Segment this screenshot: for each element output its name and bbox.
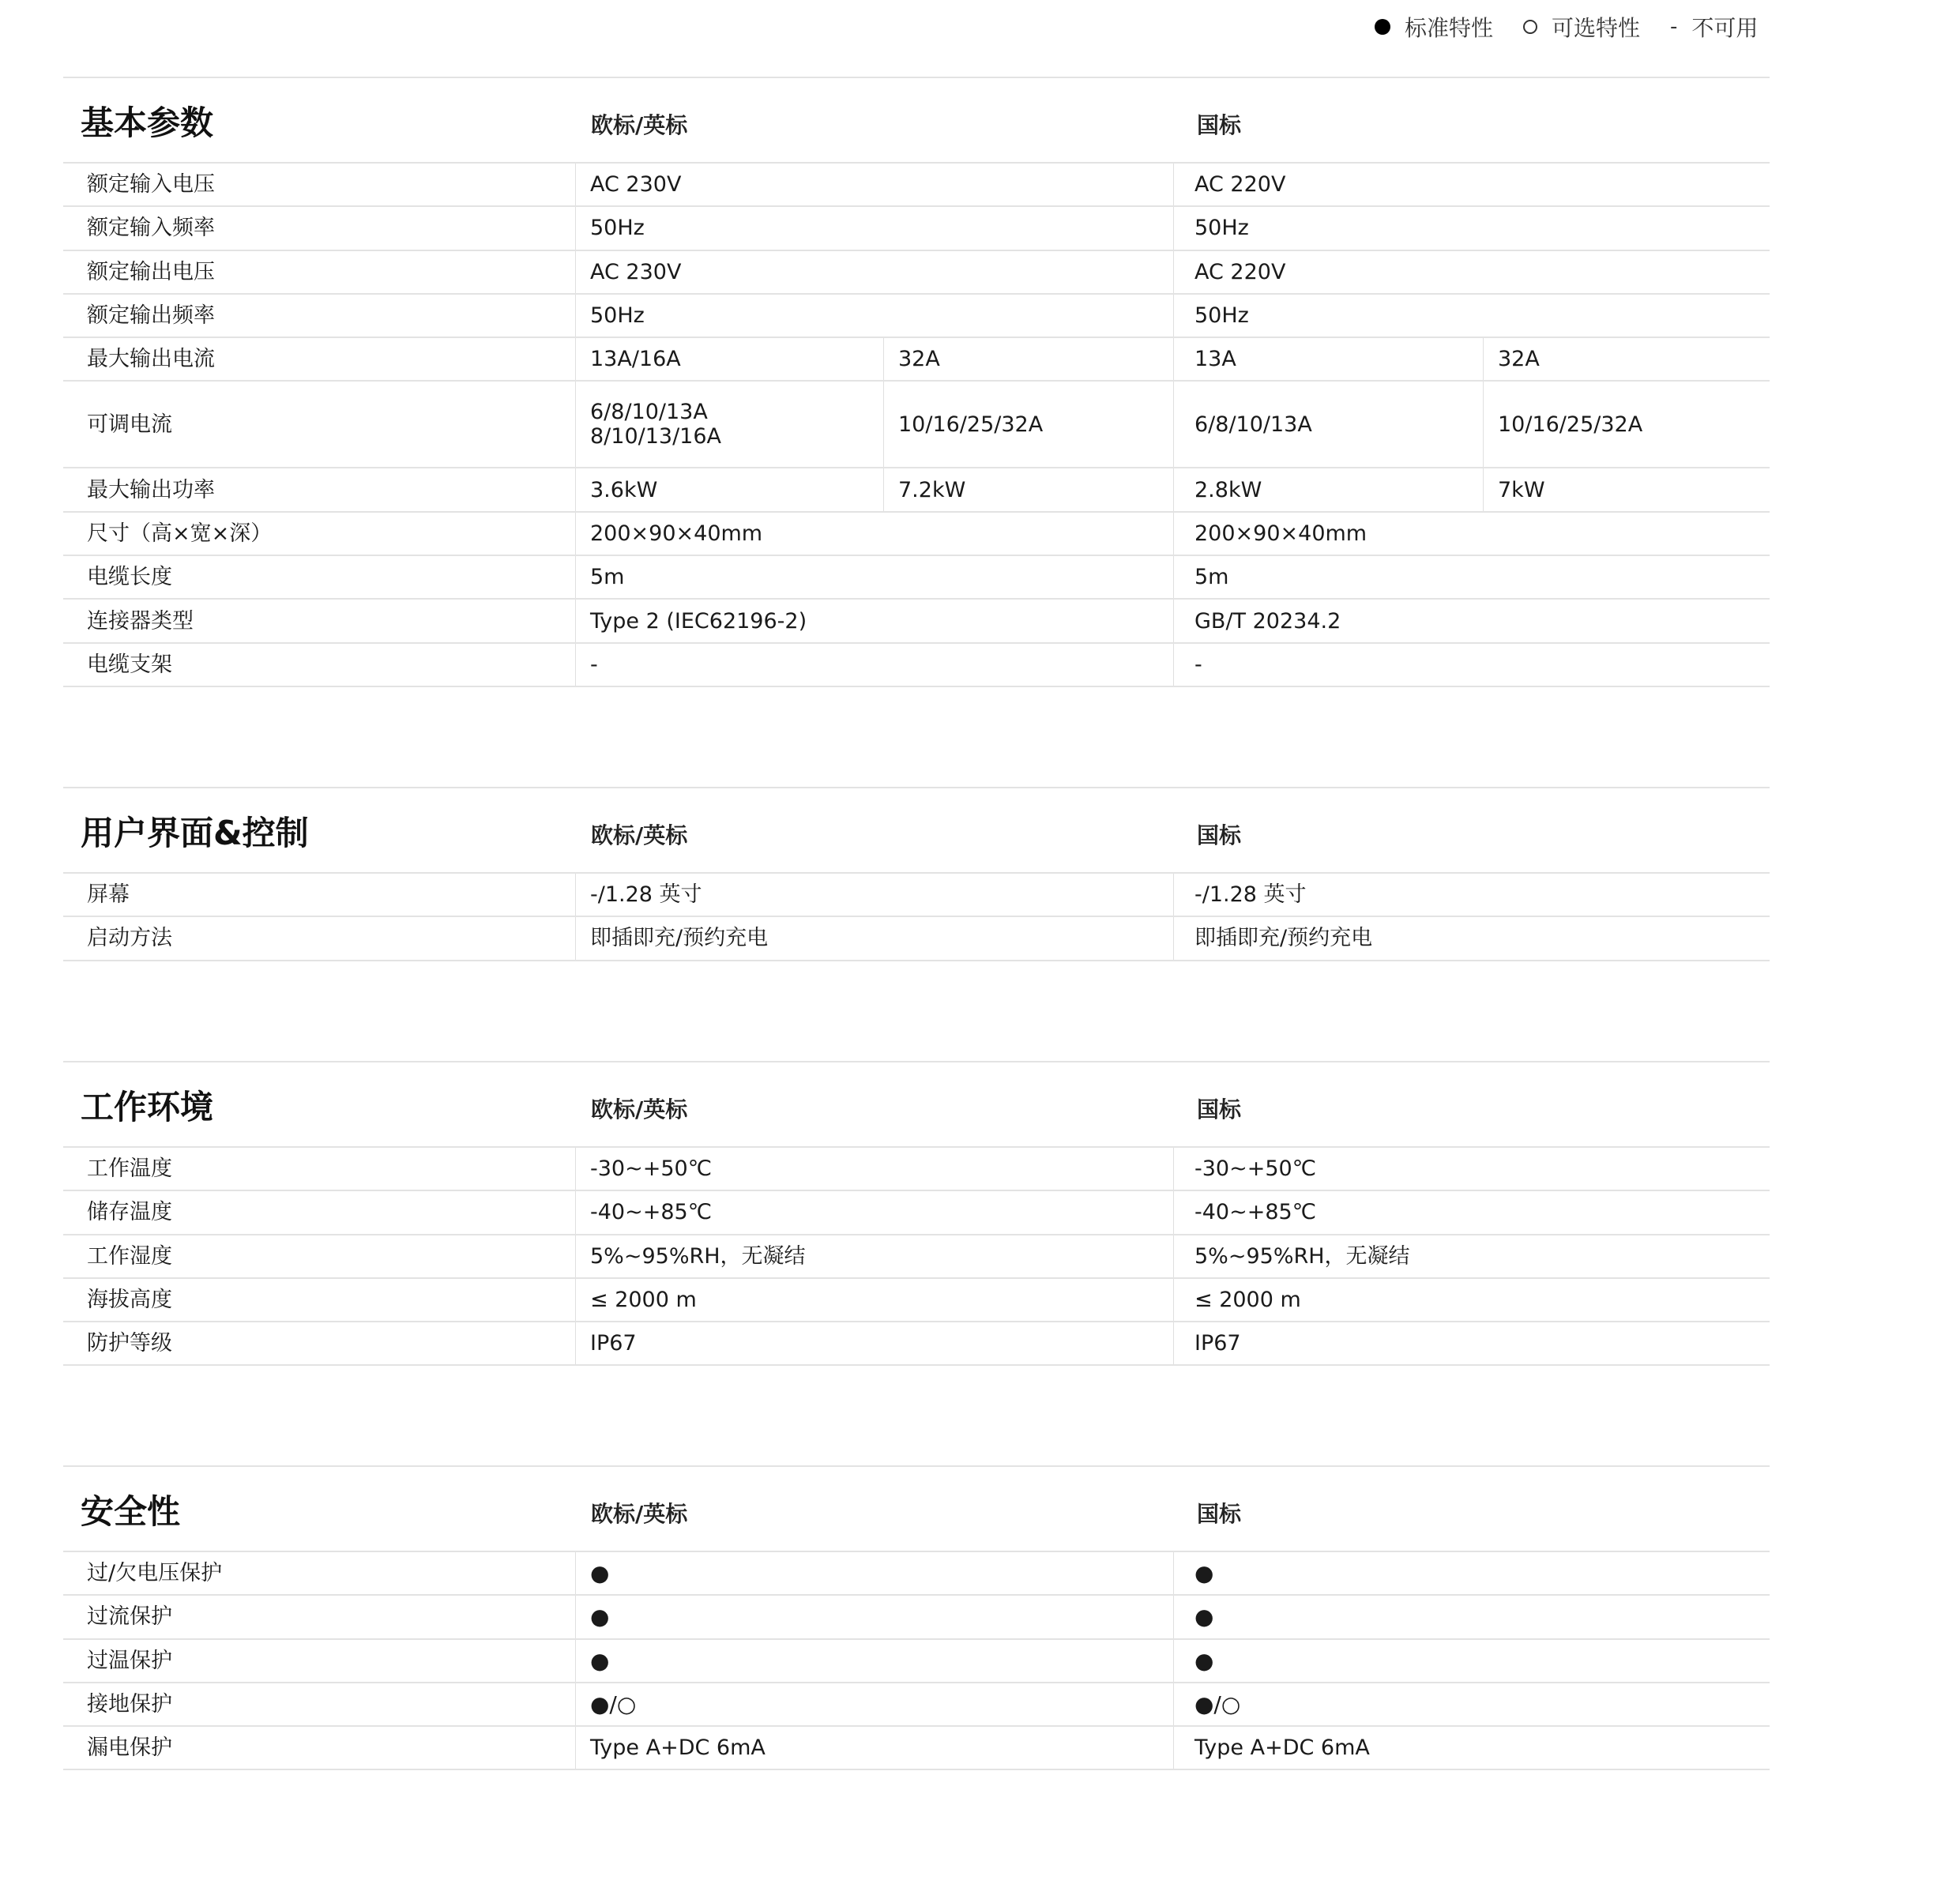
legend-label: 不可用 <box>1691 11 1758 43</box>
value-eu: -30~+50℃ <box>575 1148 1173 1190</box>
table-row: 过/欠电压保护 ● ● <box>63 1552 1770 1596</box>
value-eu-a: 3.6kW <box>575 468 883 510</box>
column-header-cn: 国标 <box>1197 818 1241 850</box>
column-header-eu: 欧标/英标 <box>591 108 687 140</box>
row-label: 尺寸（高×宽×深） <box>63 513 575 555</box>
value-cn: ≤ 2000 m <box>1173 1279 1770 1321</box>
section-header: 工作环境 欧标/英标 国标 <box>63 1061 1770 1148</box>
table-row: 工作湿度 5%~95%RH，无凝结 5%~95%RH，无凝结 <box>63 1235 1770 1279</box>
section-header: 安全性 欧标/英标 国标 <box>63 1465 1770 1552</box>
value-eu-b: 7.2kW <box>883 468 1173 510</box>
value-cn-a: 2.8kW <box>1173 468 1483 510</box>
value-cn: 50Hz <box>1173 207 1770 249</box>
value-cn: AC 220V <box>1173 251 1770 293</box>
value-eu-b: 10/16/25/32A <box>883 382 1173 467</box>
row-label: 最大输出功率 <box>63 468 575 510</box>
section-basic-params: 基本参数 欧标/英标 国标 额定输入电压 AC 230V AC 220V 额定输… <box>63 77 1770 687</box>
value-cn: - <box>1173 644 1770 686</box>
row-label: 防护等级 <box>63 1322 575 1364</box>
value-eu: - <box>575 644 1173 686</box>
value-eu: AC 230V <box>575 164 1173 205</box>
section-title: 安全性 <box>81 1486 180 1533</box>
value-cn: -/1.28 英寸 <box>1173 874 1770 916</box>
section-environment: 工作环境 欧标/英标 国标 工作温度 -30~+50℃ -30~+50℃ 储存温… <box>63 1061 1770 1366</box>
row-label: 额定输出电压 <box>63 251 575 293</box>
table-row: 工作温度 -30~+50℃ -30~+50℃ <box>63 1148 1770 1191</box>
table-row: 储存温度 -40~+85℃ -40~+85℃ <box>63 1191 1770 1235</box>
standard-feature-icon: ● <box>1173 1596 1770 1638</box>
row-label: 漏电保护 <box>63 1727 575 1769</box>
value-cn: 即插即充/预约充电 <box>1173 917 1770 959</box>
column-header-cn: 国标 <box>1197 1497 1241 1529</box>
value-eu: Type 2 (IEC62196-2) <box>575 600 1173 641</box>
standard-feature-icon: ● <box>575 1552 1173 1594</box>
value-cn-a: 6/8/10/13A <box>1173 382 1483 467</box>
value-cn: 50Hz <box>1173 295 1770 337</box>
value-eu: 即插即充/预约充电 <box>575 917 1173 959</box>
table-row: 最大输出电流 13A/16A 32A 13A 32A <box>63 338 1770 382</box>
value-cn: IP67 <box>1173 1322 1770 1364</box>
row-label: 额定输入电压 <box>63 164 575 205</box>
value-eu: 50Hz <box>575 295 1173 337</box>
row-label: 工作温度 <box>63 1148 575 1190</box>
table-row: 额定输入频率 50Hz 50Hz <box>63 207 1770 250</box>
table-row: 尺寸（高×宽×深） 200×90×40mm 200×90×40mm <box>63 513 1770 556</box>
section-title: 基本参数 <box>81 97 213 145</box>
column-header-cn: 国标 <box>1197 108 1241 140</box>
value-eu-b: 32A <box>883 338 1173 380</box>
legend-label: 标准特性 <box>1405 11 1493 43</box>
table-row: 额定输出电压 AC 230V AC 220V <box>63 251 1770 295</box>
row-label: 连接器类型 <box>63 600 575 641</box>
value-cn-b: 7kW <box>1483 468 1770 510</box>
section-header: 基本参数 欧标/英标 国标 <box>63 77 1770 164</box>
table-row: 电缆支架 - - <box>63 644 1770 687</box>
standard-feature-icon: ● <box>1173 1552 1770 1594</box>
value-eu: 5m <box>575 556 1173 598</box>
table-row: 过温保护 ● ● <box>63 1640 1770 1683</box>
row-label: 电缆长度 <box>63 556 575 598</box>
column-header-eu: 欧标/英标 <box>591 818 687 850</box>
table-row: 海拔高度 ≤ 2000 m ≤ 2000 m <box>63 1279 1770 1322</box>
row-label: 储存温度 <box>63 1191 575 1233</box>
legend-label: 可选特性 <box>1552 11 1640 43</box>
table-row: 启动方法 即插即充/预约充电 即插即充/预约充电 <box>63 917 1770 961</box>
value-cn-b: 10/16/25/32A <box>1483 382 1770 467</box>
value-eu: ≤ 2000 m <box>575 1279 1173 1321</box>
standard-optional-icon: ●/○ <box>1173 1683 1770 1725</box>
standard-feature-icon: ● <box>575 1640 1173 1682</box>
row-label: 屏幕 <box>63 874 575 916</box>
value-cn-a: 13A <box>1173 338 1483 380</box>
value-cn: 5%~95%RH，无凝结 <box>1173 1235 1770 1277</box>
section-ui-control: 用户界面&控制 欧标/英标 国标 屏幕 -/1.28 英寸 -/1.28 英寸 … <box>63 787 1770 961</box>
standard-feature-icon: ● <box>575 1596 1173 1638</box>
value-eu-a: 6/8/10/13A 8/10/13/16A <box>575 382 883 467</box>
value-cn: AC 220V <box>1173 164 1770 205</box>
value-eu: AC 230V <box>575 251 1173 293</box>
value-cn: 5m <box>1173 556 1770 598</box>
standard-feature-icon: ● <box>1173 1640 1770 1682</box>
value-eu: IP67 <box>575 1322 1173 1364</box>
value-eu: -/1.28 英寸 <box>575 874 1173 916</box>
value-eu: 50Hz <box>575 207 1173 249</box>
column-header-eu: 欧标/英标 <box>591 1092 687 1124</box>
value-cn: 200×90×40mm <box>1173 513 1770 555</box>
table-row: 最大输出功率 3.6kW 7.2kW 2.8kW 7kW <box>63 468 1770 512</box>
legend-optional: 可选特性 <box>1523 11 1640 43</box>
table-row: 接地保护 ●/○ ●/○ <box>63 1683 1770 1727</box>
row-label: 电缆支架 <box>63 644 575 686</box>
section-header: 用户界面&控制 欧标/英标 国标 <box>63 787 1770 874</box>
value-eu: -40~+85℃ <box>575 1191 1173 1233</box>
section-title: 工作环境 <box>81 1081 213 1129</box>
value-eu: 200×90×40mm <box>575 513 1173 555</box>
value-cn: GB/T 20234.2 <box>1173 600 1770 641</box>
table-row: 额定输出频率 50Hz 50Hz <box>63 295 1770 338</box>
row-label: 海拔高度 <box>63 1279 575 1321</box>
column-header-cn: 国标 <box>1197 1092 1241 1124</box>
legend-unavailable: - 不可用 <box>1670 11 1758 43</box>
row-label: 启动方法 <box>63 917 575 959</box>
column-header-eu: 欧标/英标 <box>591 1497 687 1529</box>
row-label: 工作湿度 <box>63 1235 575 1277</box>
table-row: 防护等级 IP67 IP67 <box>63 1322 1770 1366</box>
section-title: 用户界面&控制 <box>81 807 309 855</box>
standard-optional-icon: ●/○ <box>575 1683 1173 1725</box>
row-label: 过流保护 <box>63 1596 575 1638</box>
row-label: 最大输出电流 <box>63 338 575 380</box>
row-label: 过温保护 <box>63 1640 575 1682</box>
row-label: 额定输出频率 <box>63 295 575 337</box>
row-label: 接地保护 <box>63 1683 575 1725</box>
value-cn: Type A+DC 6mA <box>1173 1727 1770 1769</box>
value-eu-a: 13A/16A <box>575 338 883 380</box>
dash-icon: - <box>1670 15 1677 39</box>
filled-circle-icon <box>1375 19 1390 35</box>
table-row: 屏幕 -/1.28 英寸 -/1.28 英寸 <box>63 874 1770 917</box>
section-safety: 安全性 欧标/英标 国标 过/欠电压保护 ● ● 过流保护 ● ● 过温保护 ●… <box>63 1465 1770 1770</box>
row-label: 过/欠电压保护 <box>63 1552 575 1594</box>
table-row: 可调电流 6/8/10/13A 8/10/13/16A 10/16/25/32A… <box>63 382 1770 468</box>
table-row: 电缆长度 5m 5m <box>63 556 1770 600</box>
legend-standard: 标准特性 <box>1375 11 1493 43</box>
row-label: 额定输入频率 <box>63 207 575 249</box>
table-row: 额定输入电压 AC 230V AC 220V <box>63 164 1770 207</box>
table-row: 漏电保护 Type A+DC 6mA Type A+DC 6mA <box>63 1727 1770 1770</box>
value-cn: -30~+50℃ <box>1173 1148 1770 1190</box>
table-row: 过流保护 ● ● <box>63 1596 1770 1639</box>
value-cn-b: 32A <box>1483 338 1770 380</box>
table-row: 连接器类型 Type 2 (IEC62196-2) GB/T 20234.2 <box>63 600 1770 643</box>
legend: 标准特性 可选特性 - 不可用 <box>1375 11 1788 43</box>
row-label: 可调电流 <box>63 382 575 467</box>
value-eu: 5%~95%RH，无凝结 <box>575 1235 1173 1277</box>
value-cn: -40~+85℃ <box>1173 1191 1770 1233</box>
open-circle-icon <box>1523 20 1537 34</box>
value-eu: Type A+DC 6mA <box>575 1727 1173 1769</box>
